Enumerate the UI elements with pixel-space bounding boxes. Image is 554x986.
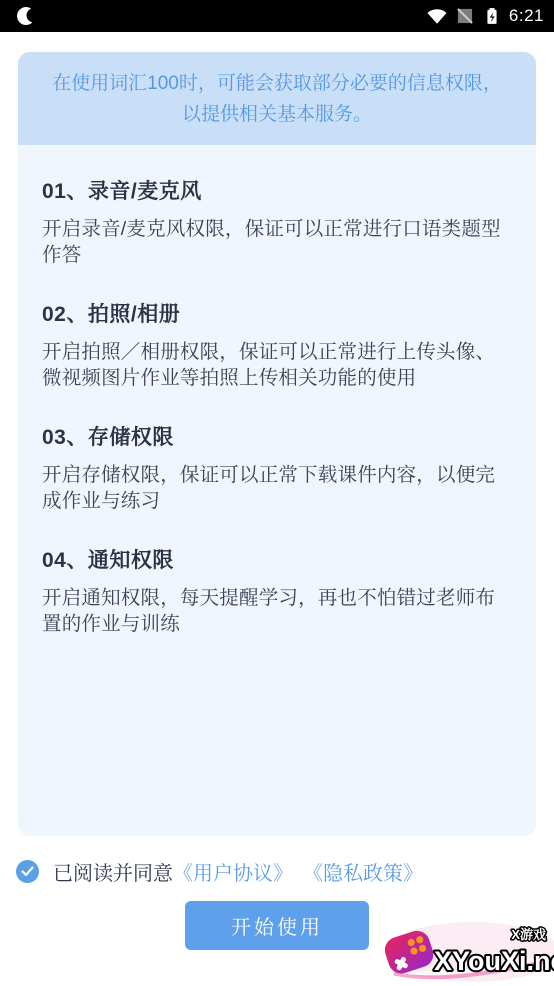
start-using-button[interactable]: 开始使用 bbox=[185, 901, 369, 950]
check-icon bbox=[21, 866, 34, 877]
battery-charging-icon bbox=[482, 5, 502, 27]
section-body: 开启录音/麦克风权限，保证可以正常进行口语类题型作答 bbox=[42, 216, 512, 268]
agreement-prefix: 已阅读并同意 bbox=[53, 857, 173, 886]
watermark-site-text: XYouXi.net bbox=[434, 946, 554, 976]
section-title: 03、存储权限 bbox=[42, 421, 512, 451]
section-body: 开启通知权限，每天提醒学习，再也不怕错过老师布置的作业与训练 bbox=[42, 585, 512, 637]
status-bar: 6:21 bbox=[0, 0, 554, 32]
permission-sections: 01、录音/麦克风 开启录音/麦克风权限，保证可以正常进行口语类题型作答 02、… bbox=[18, 175, 536, 637]
watermark: X游戏 XYouXi.net bbox=[378, 918, 554, 986]
privacy-policy-link[interactable]: 《隐私政策》 bbox=[303, 857, 423, 886]
permissions-notice-text: 在使用词汇100时，可能会获取部分必要的信息权限，以提供相关基本服务。 bbox=[52, 68, 502, 130]
permission-section-camera: 02、拍照/相册 开启拍照／相册权限，保证可以正常进行上传头像、微视频图片作业等… bbox=[42, 298, 512, 391]
permissions-notice-banner: 在使用词汇100时，可能会获取部分必要的信息权限，以提供相关基本服务。 bbox=[18, 52, 536, 145]
wifi-icon bbox=[426, 5, 448, 27]
status-icons: 6:21 bbox=[426, 5, 544, 27]
section-title: 01、录音/麦克风 bbox=[42, 175, 512, 205]
no-sim-icon bbox=[455, 6, 475, 26]
section-body: 开启拍照／相册权限，保证可以正常进行上传头像、微视频图片作业等拍照上传相关功能的… bbox=[42, 339, 512, 391]
user-agreement-link[interactable]: 《用户协议》 bbox=[173, 857, 293, 886]
permissions-card: 在使用词汇100时，可能会获取部分必要的信息权限，以提供相关基本服务。 01、录… bbox=[18, 52, 536, 836]
section-body: 开启存储权限，保证可以正常下载课件内容，以便完成作业与练习 bbox=[42, 462, 512, 514]
agreement-row: 已阅读并同意 《用户协议》 《隐私政策》 bbox=[16, 857, 544, 886]
permission-section-storage: 03、存储权限 开启存储权限，保证可以正常下载课件内容，以便完成作业与练习 bbox=[42, 421, 512, 514]
section-title: 04、通知权限 bbox=[42, 544, 512, 574]
moon-icon bbox=[14, 4, 38, 28]
permission-section-microphone: 01、录音/麦克风 开启录音/麦克风权限，保证可以正常进行口语类题型作答 bbox=[42, 175, 512, 268]
section-title: 02、拍照/相册 bbox=[42, 298, 512, 328]
agreement-checkbox[interactable] bbox=[16, 860, 39, 883]
watermark-badge-text: X游戏 bbox=[511, 927, 546, 942]
permission-section-notification: 04、通知权限 开启通知权限，每天提醒学习，再也不怕错过老师布置的作业与训练 bbox=[42, 544, 512, 637]
status-time: 6:21 bbox=[509, 6, 544, 26]
